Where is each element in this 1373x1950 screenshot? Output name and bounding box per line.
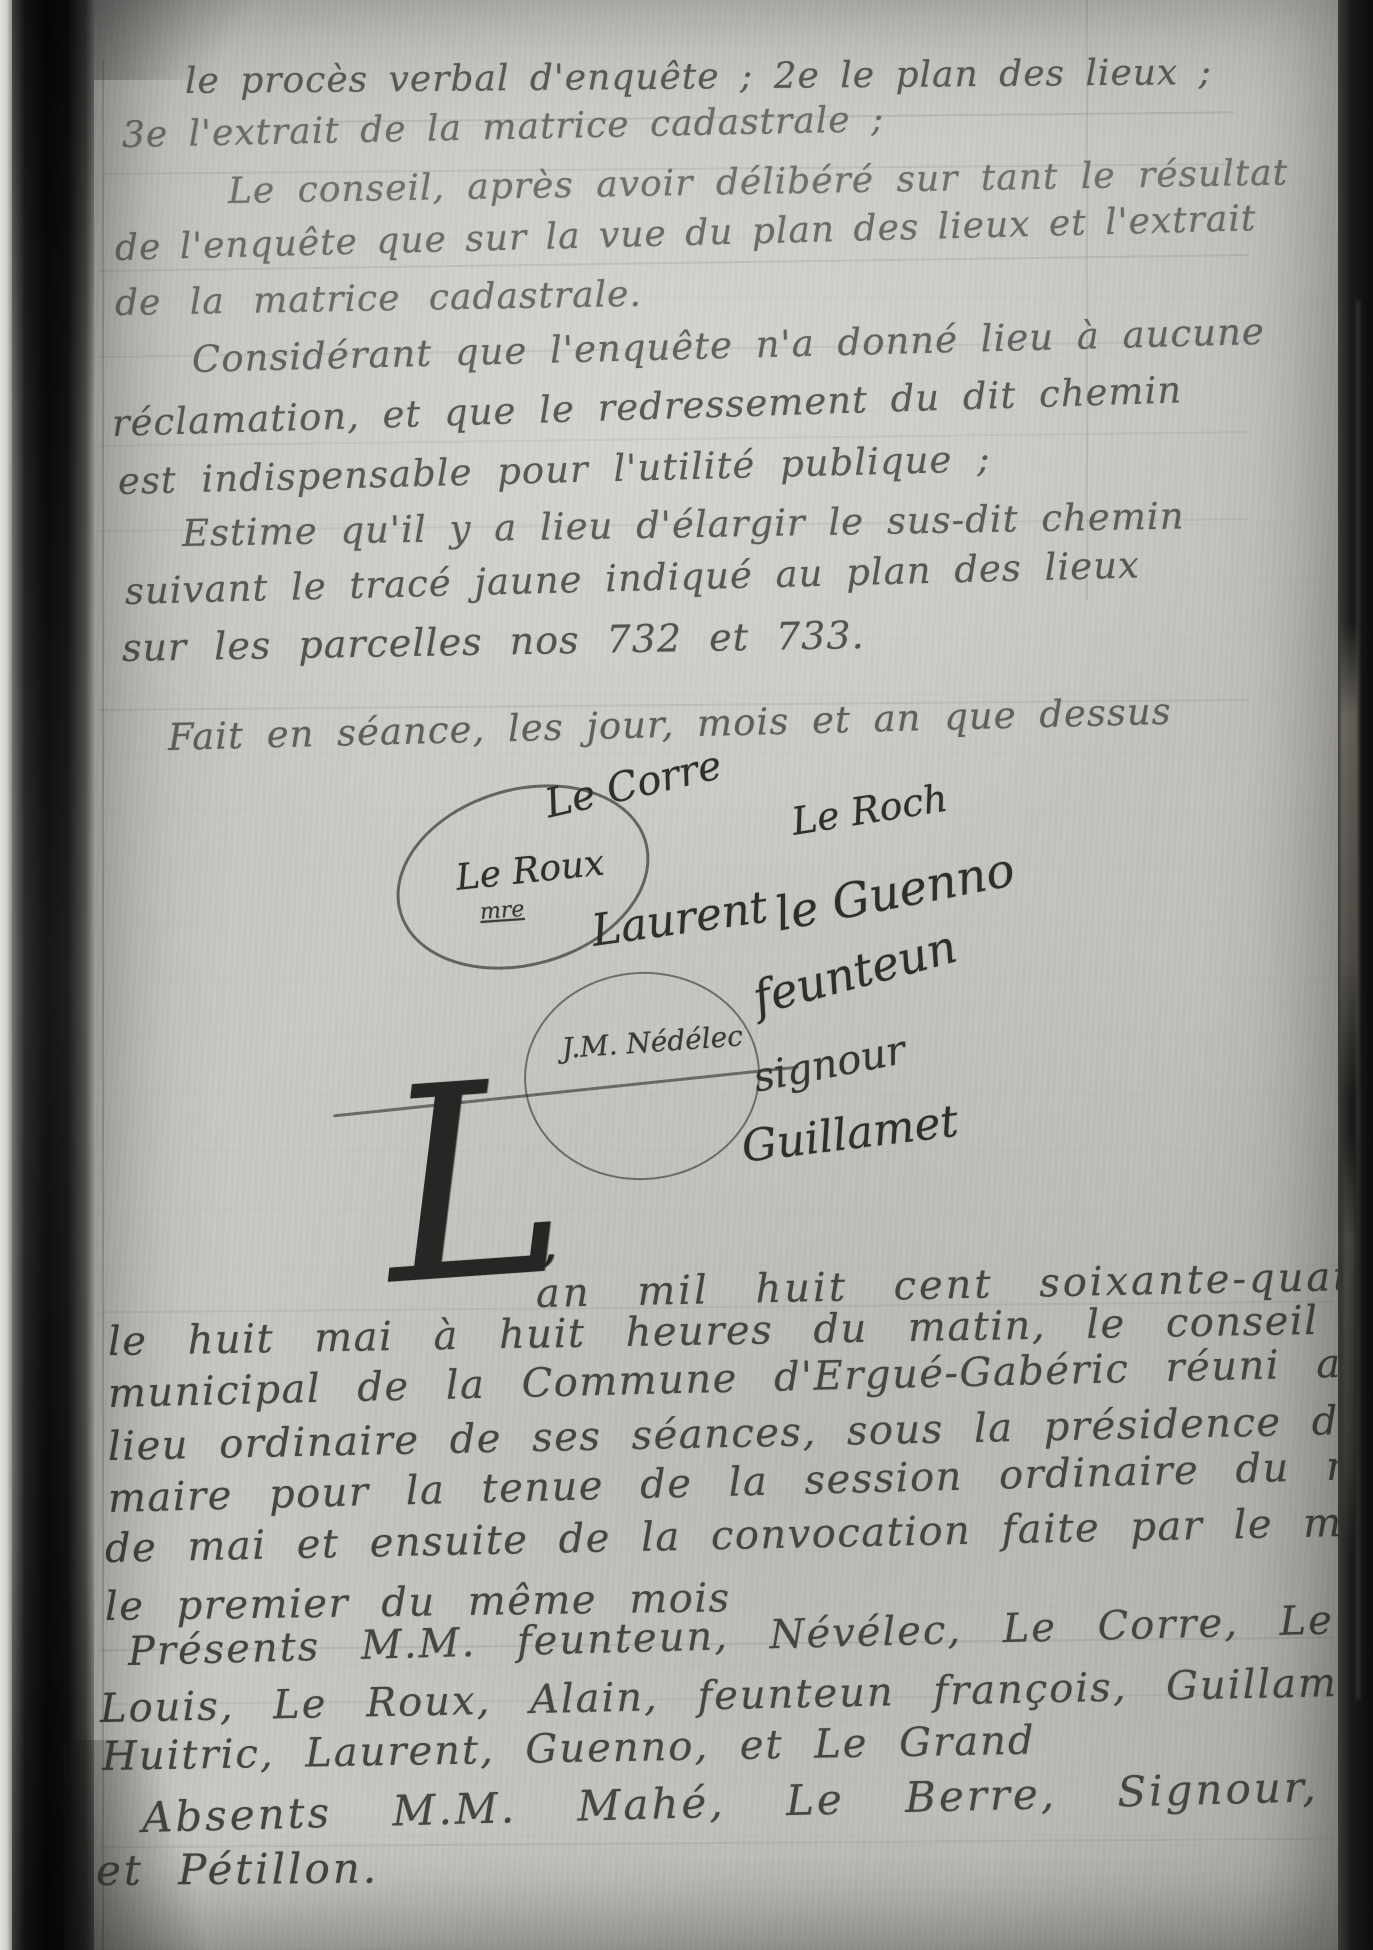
left-page-edge [0, 0, 12, 1950]
manuscript-line: le procès verbal d'enquête ; 2e le plan … [185, 53, 1212, 102]
signature-le-guenno: le Guenno [771, 842, 1019, 942]
manuscript-scan: le procès verbal d'enquête ; 2e le plan … [0, 0, 1373, 1950]
signature-signour: signour [750, 1027, 910, 1101]
manuscript-line: est indispensable pour l'utilité publiqu… [117, 439, 991, 503]
page-edge-streak [1356, 300, 1360, 1700]
manuscript-line: 3e l'extrait de la matrice cadastrale ; [122, 100, 885, 156]
margin-line [102, 60, 104, 1950]
manuscript-page: le procès verbal d'enquête ; 2e le plan … [94, 0, 1338, 1950]
manuscript-line: sur les parcelles nos 732 et 733. [122, 615, 865, 670]
signature-le-roch: Le Roch [789, 776, 951, 844]
manuscript-line: réclamation, et que le redressement du d… [111, 370, 1182, 444]
manuscript-line: et Pétillon. [96, 1846, 380, 1895]
signature-guillamet: Guillamet [739, 1096, 961, 1173]
page-edge-streak [1343, 1130, 1355, 1560]
signature-maire-title: mre [479, 897, 525, 925]
manuscript-line: de la matrice cadastrale. [115, 275, 643, 324]
manuscript-line: Fait en séance, les jour, mois et an que… [167, 692, 1172, 759]
signature-le-corre: Le Corre [541, 742, 726, 827]
manuscript-line: suivant le tracé jaune indiqué au plan d… [124, 545, 1140, 612]
book-gutter-shadow [12, 0, 94, 1950]
